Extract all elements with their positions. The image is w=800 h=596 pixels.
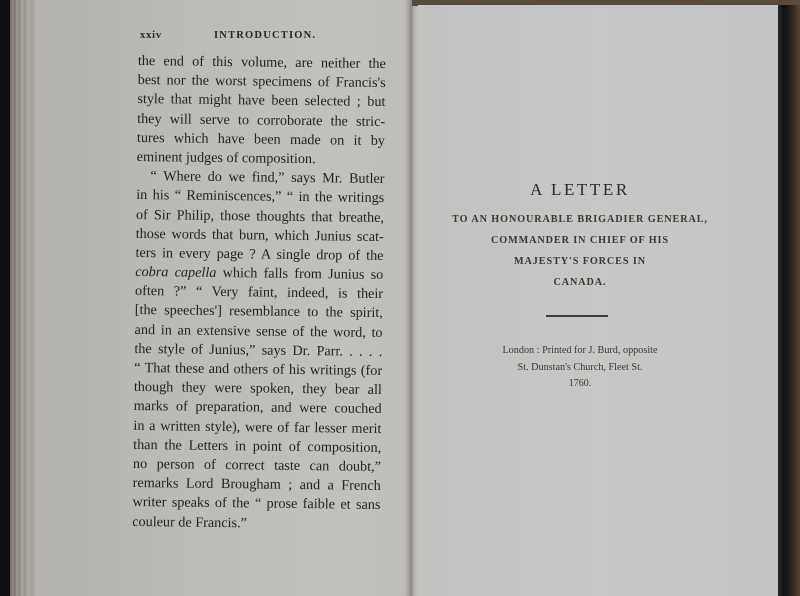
subtitle-line: MAJESTY'S FORCES IN [440,251,720,272]
text-line: style that might have been selected ; bu… [137,90,385,112]
page-number: xxiv [140,30,162,41]
right-page [418,5,778,596]
open-book-photo: xxiv INTRODUCTION. the end of this volum… [0,0,800,596]
text-fragment: which falls from Junius so [216,265,383,283]
italic-phrase: cobra capella [135,264,216,281]
imprint-year: 1760. [480,376,680,393]
left-page-body: the end of this volume, are neither the … [132,52,386,535]
imprint-block: London : Printed for J. Burd, opposite S… [480,343,680,393]
text-line: in a written style), were of far lesser … [133,417,381,439]
imprint-line: St. Dunstan's Church, Fleet St. [480,360,680,377]
running-head-title: INTRODUCTION. [214,30,316,41]
text-line: marks of preparation, and were couched [134,397,382,419]
title-heading: A LETTER [440,180,720,200]
book-gutter [405,0,419,596]
subtitle-line: COMMANDER IN CHIEF OF HIS [440,230,720,251]
subtitle-line: CANADA. [440,272,720,293]
horizontal-rule [546,315,608,317]
text-line: couleur de Francis.” [132,512,380,534]
text-line: [the speeches'] resemblance to the spiri… [135,301,383,323]
left-page-edges [10,0,40,596]
running-head: xxiv INTRODUCTION. [140,30,388,46]
text-line: writer speaks of the “ prose faible et s… [132,493,380,515]
text-line: of Sir Philip, those thoughts that breat… [136,205,384,227]
subtitle-line: TO AN HONOURABLE BRIGADIER GENERAL, [440,209,720,230]
text-line: in his “ Reminiscences,” “ in the writin… [136,186,384,208]
title-page-block: A LETTER TO AN HONOURABLE BRIGADIER GENE… [440,180,720,293]
imprint-line: London : Printed for J. Burd, opposite [480,343,680,360]
right-book-cover [778,5,800,596]
